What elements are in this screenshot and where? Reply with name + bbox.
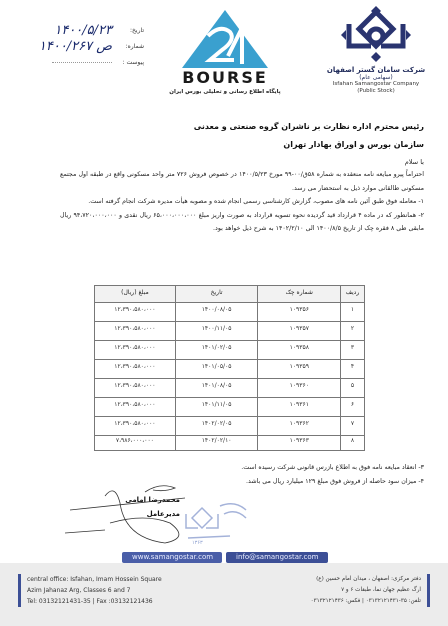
letter-page: تاریخ: ۱۴۰۰/۵/۲۳ شماره: ص ۱۴۰۰/۲۶۷ پیوست…: [0, 0, 448, 626]
cell-date: ۱۴۰۲/۰۲/۰۵: [175, 417, 258, 436]
cell-cheque: ۱۰۹۳۵۸: [258, 341, 341, 360]
cell-index: ۳: [341, 341, 365, 360]
cheque-table: ردیف شماره چک تاریخ مبلغ (ریال) ۱ ۱۰۹۳۵۶…: [94, 285, 365, 451]
cell-index: ۱: [341, 303, 365, 322]
website-link[interactable]: www.samangostar.com: [122, 552, 222, 563]
header-amount: مبلغ (ریال): [95, 286, 176, 303]
table-row: ۷ ۱۰۹۳۶۲ ۱۴۰۲/۰۲/۰۵ ۱۲،۳۹۰،۵۸۰،۰۰۰: [95, 417, 365, 436]
email-link[interactable]: info@samangostar.com: [226, 552, 328, 563]
table-row: ۳ ۱۰۹۳۵۸ ۱۴۰۱/۰۲/۰۵ ۱۲،۳۹۰،۵۸۰،۰۰۰: [95, 341, 365, 360]
cell-amount: ۱۲،۳۹۰،۵۸۰،۰۰۰: [95, 417, 176, 436]
cell-cheque: ۱۰۹۳۶۲: [258, 417, 341, 436]
company-knot-icon: [341, 6, 411, 64]
table-header-row: ردیف شماره چک تاریخ مبلغ (ریال): [95, 286, 365, 303]
cell-index: ۸: [341, 436, 365, 451]
footer-links: www.samangostar.com info@samangostar.com: [122, 552, 328, 563]
point-3: ۳- انعقاد مبایعه نامه فوق به اطلاع بازرس…: [160, 461, 424, 475]
cell-date: ۱۴۰۲/۰۲/۱۰: [175, 436, 258, 451]
signature-block: محمدرضا امامی مدیرعامل: [85, 496, 180, 518]
cell-amount: ۱۲،۳۹۰،۵۸۰،۰۰۰: [95, 360, 176, 379]
address-en: central office: Isfahan, Imam Hossein Sq…: [18, 574, 162, 607]
company-logo: شرکت ساما‌ن گستر اصفهان (سهامی عام) Isfa…: [316, 6, 436, 95]
intro-paragraph: احتراماً پیرو مبایعه نامه منعقده به شمار…: [60, 168, 424, 195]
company-type-en: (Public Stock): [316, 88, 436, 95]
table-row: ۱ ۱۰۹۳۵۶ ۱۴۰۰/۰۸/۰۵ ۱۲،۳۹۰،۵۸۰،۰۰۰: [95, 303, 365, 322]
address-en-line-1: central office: Isfahan, Imam Hossein Sq…: [27, 574, 162, 585]
header-index: ردیف: [341, 286, 365, 303]
cell-cheque: ۱۰۹۳۶۰: [258, 379, 341, 398]
letter-body: رئیس محترم اداره نظارت بر ناشران گروه صن…: [60, 118, 424, 236]
company-stamp-icon: ۱۳۶۳: [180, 500, 250, 545]
table-row: ۸ ۱۰۹۳۶۳ ۱۴۰۲/۰۲/۱۰ ۷،۹۸۶،۰۰۰،۰۰۰: [95, 436, 365, 451]
bourse-logo: BOURSE پایگاه اطلاع رسانی و تحلیلی بورس …: [150, 8, 300, 95]
number-label: شماره:: [116, 43, 144, 50]
greeting: با سلام: [60, 156, 424, 168]
cell-index: ۷: [341, 417, 365, 436]
address-fa-line-1: دفتر مرکزی: اصفهان ، میدان امام حسین (ع): [311, 574, 421, 585]
bourse-wordmark: BOURSE: [150, 68, 300, 87]
cell-index: ۵: [341, 379, 365, 398]
cell-date: ۱۴۰۱/۰۸/۰۵: [175, 379, 258, 398]
table-row: ۶ ۱۰۹۳۶۱ ۱۴۰۱/۱۱/۰۵ ۱۲،۳۹۰،۵۸۰،۰۰۰: [95, 398, 365, 417]
date-value: ۱۴۰۰/۵/۲۳: [54, 23, 112, 38]
attachment-row: پیوست :: [24, 54, 144, 70]
bourse-triangle-icon: [180, 8, 270, 70]
cell-index: ۲: [341, 322, 365, 341]
address-fa-line-3: تلفن: ۳۵-۰۳۱۳۲۱۲۱۴۳۱ | فکس: ۰۳۱۳۲۱۲۱۴۳۶: [311, 596, 421, 607]
cell-cheque: ۱۰۹۳۵۹: [258, 360, 341, 379]
cell-amount: ۷،۹۸۶،۰۰۰،۰۰۰: [95, 436, 176, 451]
footer: central office: Isfahan, Imam Hossein Sq…: [0, 563, 448, 626]
point-1: ۱- معامله فوق طبق آئین نامه های مصوب، گز…: [60, 195, 424, 209]
table-row: ۲ ۱۰۹۳۵۷ ۱۴۰۰/۱۱/۰۵ ۱۲،۳۹۰،۵۸۰،۰۰۰: [95, 322, 365, 341]
cell-date: ۱۴۰۱/۱۱/۰۵: [175, 398, 258, 417]
attachment-label: پیوست :: [116, 59, 144, 66]
cell-amount: ۱۲،۳۹۰،۵۸۰،۰۰۰: [95, 379, 176, 398]
bourse-tagline: پایگاه اطلاع رسانی و تحلیلی بورس ایران: [150, 89, 300, 95]
cell-date: ۱۴۰۰/۰۸/۰۵: [175, 303, 258, 322]
attachment-line: [52, 62, 112, 63]
signature-scribble-icon: [65, 478, 195, 548]
recipient-line-2: سازمان بورس و اوراق بهادار تهران: [60, 136, 424, 154]
address-fa: دفتر مرکزی: اصفهان ، میدان امام حسین (ع)…: [311, 574, 430, 607]
svg-text:۱۳۶۳: ۱۳۶۳: [192, 540, 203, 545]
point-4: ۴- میزان سود حاصله از فروش فوق مبلغ ۱۲۹ …: [160, 475, 424, 489]
cell-cheque: ۱۰۹۳۶۳: [258, 436, 341, 451]
cell-date: ۱۴۰۰/۱۱/۰۵: [175, 322, 258, 341]
letter-meta: تاریخ: ۱۴۰۰/۵/۲۳ شماره: ص ۱۴۰۰/۲۶۷ پیوست…: [24, 22, 144, 70]
date-row: تاریخ: ۱۴۰۰/۵/۲۳: [24, 22, 144, 38]
closing-notes: ۳- انعقاد مبایعه نامه فوق به اطلاع بازرس…: [160, 461, 424, 489]
company-type-fa: (سهامی عام): [316, 74, 436, 81]
cell-amount: ۱۲،۳۹۰،۵۸۰،۰۰۰: [95, 322, 176, 341]
company-name-fa: شرکت ساما‌ن گستر اصفهان: [316, 66, 436, 74]
date-label: تاریخ:: [116, 27, 144, 34]
address-en-line-2: Azim Jahanaz Arg, Classes 6 and 7: [27, 585, 162, 596]
number-row: شماره: ص ۱۴۰۰/۲۶۷: [24, 38, 144, 54]
cell-amount: ۱۲،۳۹۰،۵۸۰،۰۰۰: [95, 303, 176, 322]
company-name-en: Isfahan Samangostar Company: [316, 81, 436, 88]
point-2: ۲- همانطور که در ماده ۴ قرارداد قید گردی…: [60, 209, 424, 236]
cell-cheque: ۱۰۹۳۶۱: [258, 398, 341, 417]
table-row: ۴ ۱۰۹۳۵۹ ۱۴۰۱/۰۵/۰۵ ۱۲،۳۹۰،۵۸۰،۰۰۰: [95, 360, 365, 379]
cell-amount: ۱۲،۳۹۰،۵۸۰،۰۰۰: [95, 398, 176, 417]
number-value: ص ۱۴۰۰/۲۶۷: [39, 39, 112, 54]
cell-cheque: ۱۰۹۳۵۷: [258, 322, 341, 341]
cell-date: ۱۴۰۱/۰۵/۰۵: [175, 360, 258, 379]
table-row: ۵ ۱۰۹۳۶۰ ۱۴۰۱/۰۸/۰۵ ۱۲،۳۹۰،۵۸۰،۰۰۰: [95, 379, 365, 398]
cell-index: ۴: [341, 360, 365, 379]
cell-cheque: ۱۰۹۳۵۶: [258, 303, 341, 322]
recipient-line-1: رئیس محترم اداره نظارت بر ناشران گروه صن…: [60, 118, 424, 136]
header-cheque: شماره چک: [258, 286, 341, 303]
cell-index: ۶: [341, 398, 365, 417]
address-fa-line-2: ارگ عظیم جهان نما، طبقات ۶ و ۷: [311, 585, 421, 596]
cell-date: ۱۴۰۱/۰۲/۰۵: [175, 341, 258, 360]
address-en-line-3: Tel: 03132121431-35 | Fax :03132121436: [27, 596, 162, 607]
cell-amount: ۱۲،۳۹۰،۵۸۰،۰۰۰: [95, 341, 176, 360]
header-date: تاریخ: [175, 286, 258, 303]
